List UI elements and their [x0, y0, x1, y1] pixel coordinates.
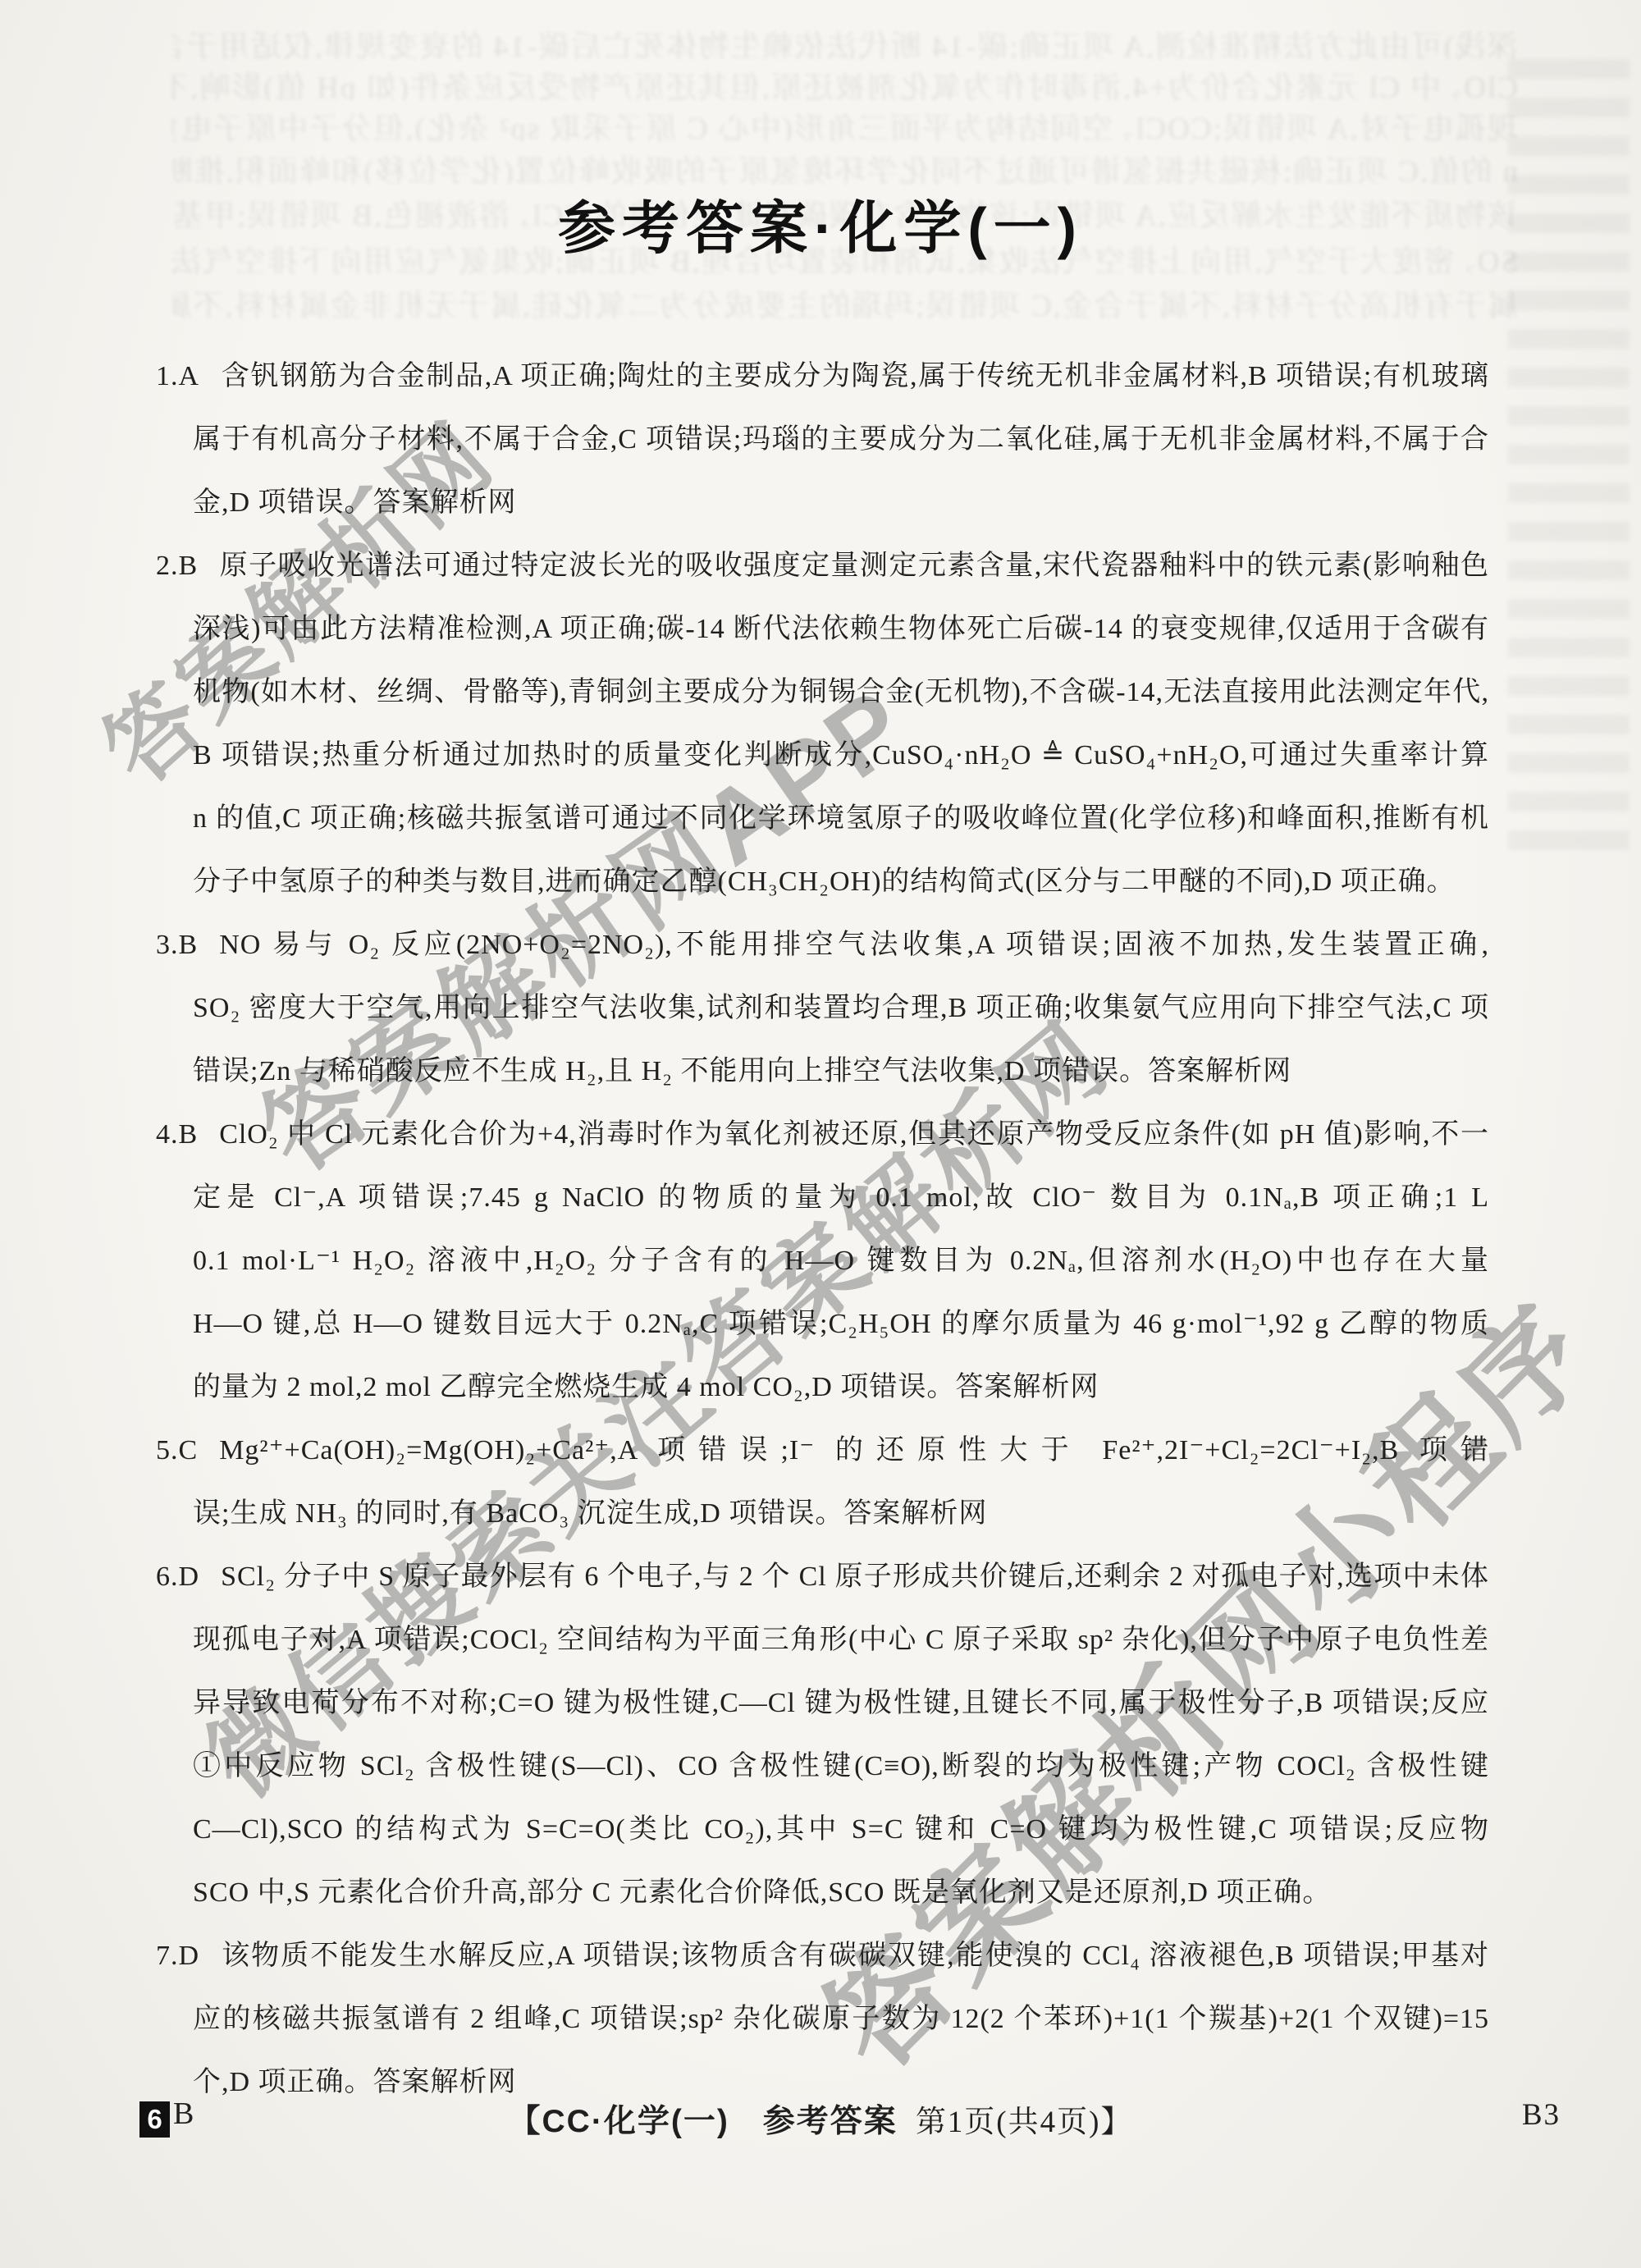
answer-item: 6.DSCl₂ 分子中 S 原子最外层有 6 个电子,与 2 个 Cl 原子形成…: [156, 1545, 1489, 1924]
answer-line: 深浅)可由此方法精准检测,A 项正确;碳-14 断代法依赖生物体死亡后碳-14 …: [156, 597, 1489, 661]
answer-line: 金,D 项错误。答案解析网: [156, 471, 1489, 534]
answer-number-and-choice: 5.C: [156, 1435, 198, 1466]
answer-item: 3.BNO 易与 O₂ 反应(2NO+O₂=2NO₂),不能用排空气法收集,A …: [156, 913, 1489, 1103]
answer-line: B 项错误;热重分析通过加热时的质量变化判断成分,CuSO₄·nH₂O ≜ Cu…: [156, 724, 1489, 787]
answer-line: 机物(如木材、丝绸、骨骼等),青铜剑主要成分为铜锡合金(无机物),不含碳-14,…: [156, 661, 1489, 724]
answer-item: 1.A含钒钢筋为合金制品,A 项正确;陶灶的主要成分为陶瓷,属于传统无机非金属材…: [156, 345, 1489, 534]
bleed-through-line: n 的值,C 项正确;核磁共振氢谱可通过不同化学环境氢原子的吸收峰位置(化学位移…: [172, 146, 1518, 184]
page-title: 参考答案·化学(一): [0, 182, 1641, 265]
scanned-answer-page: 深浅)可由此方法精准检测,A 项正确;碳-14 断代法依赖生物体死亡后碳-14 …: [0, 0, 1641, 2268]
answer-line: 错误;Zn 与稀硝酸反应不生成 H₂,且 H₂ 不能用向上排空气法收集,D 项错…: [156, 1040, 1489, 1103]
answer-line: 0.1 mol·L⁻¹ H₂O₂ 溶液中,H₂O₂ 分子含有的 H—O 键数目为…: [156, 1229, 1489, 1292]
answer-line: n 的值,C 项正确;核磁共振氢谱可通过不同化学环境氢原子的吸收峰位置(化学位移…: [156, 787, 1489, 850]
answer-item: 2.B原子吸收光谱法可通过特定波长光的吸收强度定量测定元素含量,宋代瓷器釉料中的…: [156, 534, 1489, 913]
footer-paper-title: 【CC·化学(一) 参考答案: [509, 2104, 898, 2139]
bleed-through-line: ClO₂ 中 Cl 元素化合价为+4,消毒时作为氧化剂被还原,但其还原产物受反应…: [172, 62, 1518, 100]
answer-line: SCO 中,S 元素化合价升高,部分 C 元素化合价降低,SCO 既是氧化剂又是…: [156, 1861, 1489, 1924]
bleed-through-line: 属于有机高分子材料,不属于合金,C 项错误;玛瑙的主要成分为二氧化硅,属于无机非…: [172, 281, 1518, 318]
answer-number-and-choice: 3.B: [156, 930, 198, 960]
answer-number-and-choice: 7.D: [156, 1941, 199, 1971]
answer-line: 现孤电子对,A 项错误;COCl₂ 空间结构为平面三角形(中心 C 原子采取 s…: [156, 1608, 1489, 1671]
answer-line: 应的核磁共振氢谱有 2 组峰,C 项错误;sp² 杂化碳原子数为 12(2 个苯…: [156, 1987, 1489, 2051]
footer-print-code: B3: [1522, 2097, 1561, 2133]
answer-line: 6.DSCl₂ 分子中 S 原子最外层有 6 个电子,与 2 个 Cl 原子形成…: [156, 1545, 1489, 1608]
answer-line: 属于有机高分子材料,不属于合金,C 项错误;玛瑙的主要成分为二氧化硅,属于无机非…: [156, 408, 1489, 471]
answer-number-and-choice: 4.B: [156, 1119, 198, 1150]
answer-number-and-choice: 6.D: [156, 1562, 199, 1592]
answer-line: 异导致电荷分布不对称;C=O 键为极性键,C—Cl 键为极性键,且键长不同,属于…: [156, 1671, 1489, 1735]
footer-page-info: 【CC·化学(一) 参考答案第1页(共4页)】: [0, 2096, 1641, 2142]
answer-line: 1.A含钒钢筋为合金制品,A 项正确;陶灶的主要成分为陶瓷,属于传统无机非金属材…: [156, 345, 1489, 408]
answer-line: 2.B原子吸收光谱法可通过特定波长光的吸收强度定量测定元素含量,宋代瓷器釉料中的…: [156, 534, 1489, 597]
answer-item: 7.D该物质不能发生水解反应,A 项错误;该物质含有碳碳双键,能使溴的 CCl₄…: [156, 1924, 1489, 2114]
footer-page-number: 第1页(共4页)】: [916, 2106, 1133, 2139]
answer-item: 4.BClO₂ 中 Cl 元素化合价为+4,消毒时作为氧化剂被还原,但其还原产物…: [156, 1103, 1489, 1419]
bleed-through-column: [1508, 59, 1630, 867]
answer-line: 7.D该物质不能发生水解反应,A 项错误;该物质含有碳碳双键,能使溴的 CCl₄…: [156, 1924, 1489, 1987]
answer-line: C—Cl),SCO 的结构式为 S=C=O(类比 CO₂),其中 S=C 键和 …: [156, 1798, 1489, 1861]
answer-number-and-choice: 1.A: [156, 361, 199, 391]
page-footer: 6B 【CC·化学(一) 参考答案第1页(共4页)】 B3: [0, 2091, 1641, 2143]
answer-line: SO₂ 密度大于空气,用向上排空气法收集,试剂和装置均合理,B 项正确;收集氨气…: [156, 976, 1489, 1040]
answer-item: 5.CMg²⁺+Ca(OH)₂=Mg(OH)₂+Ca²⁺,A 项错误;I⁻ 的还…: [156, 1419, 1489, 1545]
bleed-through-line: 现孤电子对,A 项错误;COCl₂ 空间结构为平面三角形(中心 C 原子采取 s…: [172, 103, 1518, 141]
bleed-through-line: 深浅)可由此方法精准检测,A 项正确;碳-14 断代法依赖生物体死亡后碳-14 …: [172, 21, 1518, 59]
answer-line: 误;生成 NH₃ 的同时,有 BaCO₃ 沉淀生成,D 项错误。答案解析网: [156, 1482, 1489, 1545]
answer-number-and-choice: 2.B: [156, 551, 198, 581]
answer-line: 4.BClO₂ 中 Cl 元素化合价为+4,消毒时作为氧化剂被还原,但其还原产物…: [156, 1103, 1489, 1166]
answer-list: 1.A含钒钢筋为合金制品,A 项正确;陶灶的主要成分为陶瓷,属于传统无机非金属材…: [156, 345, 1489, 2114]
answer-line: 定是 Cl⁻,A 项错误;7.45 g NaClO 的物质的量为 0.1 mol…: [156, 1166, 1489, 1229]
answer-line: ①中反应物 SCl₂ 含极性键(S—Cl)、CO 含极性键(C≡O),断裂的均为…: [156, 1735, 1489, 1798]
answer-line: H—O 键,总 H—O 键数目远大于 0.2Nₐ,C 项错误;C₂H₅OH 的摩…: [156, 1292, 1489, 1356]
answer-line: 分子中氢原子的种类与数目,进而确定乙醇(CH₃CH₂OH)的结构简式(区分与二甲…: [156, 850, 1489, 913]
answer-line: 3.BNO 易与 O₂ 反应(2NO+O₂=2NO₂),不能用排空气法收集,A …: [156, 913, 1489, 976]
answer-line: 的量为 2 mol,2 mol 乙醇完全燃烧生成 4 mol CO₂,D 项错误…: [156, 1356, 1489, 1419]
answer-line: 5.CMg²⁺+Ca(OH)₂=Mg(OH)₂+Ca²⁺,A 项错误;I⁻ 的还…: [156, 1419, 1489, 1482]
